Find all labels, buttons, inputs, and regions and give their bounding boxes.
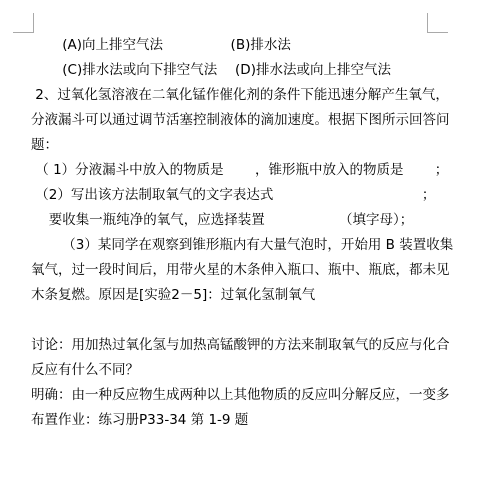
sub-question-3-line-2: 氧气，过一段时间后，用带火星的木条伸入瓶口、瓶中、瓶底，都未见 xyxy=(31,258,461,283)
homework-assignment-line: 布置作业：练习册P33-34 第 1-9 题 xyxy=(31,408,461,433)
text-boundary-corner-top-left xyxy=(13,13,34,33)
sub-question-2-line-1: （2）写出该方法制取氧气的文字表达式 ； xyxy=(31,183,461,208)
document-body: (A)向上排空气法 (B)排水法 (C)排水法或向下排空气法 (D)排水法或向上… xyxy=(31,33,461,433)
clarification-line: 明确：由一种反应物生成两种以上其他物质的反应叫分解反应，一变多 xyxy=(31,383,461,408)
sub-question-2-line-2: 要收集一瓶纯净的氧气，应选择装置 （填字母）； xyxy=(31,208,461,233)
sub-question-3-line-3: 木条复燃。原因是[实验2－5]：过氧化氢制氧气 xyxy=(31,283,461,308)
question-2-intro-line-3: 题： xyxy=(31,133,461,158)
blank-line xyxy=(31,308,461,333)
choice-options-row-cd: (C)排水法或向下排空气法 (D)排水法或向上排空气法 xyxy=(31,58,461,83)
document-page: (A)向上排空气法 (B)排水法 (C)排水法或向下排空气法 (D)排水法或向上… xyxy=(0,0,490,497)
text-boundary-corner-top-right xyxy=(427,13,448,33)
discussion-line-2: 反应有什么不同？ xyxy=(31,358,461,383)
choice-options-row-ab: (A)向上排空气法 (B)排水法 xyxy=(31,33,461,58)
sub-question-1: （ 1）分液漏斗中放入的物质是 ，锥形瓶中放入的物质是 ； xyxy=(31,158,461,183)
question-2-intro-line-2: 分液漏斗可以通过调节活塞控制液体的滴加速度。根据下图所示回答问 xyxy=(31,108,461,133)
question-2-intro-line-1: 2、过氧化氢溶液在二氧化锰作催化剂的条件下能迅速分解产生氧气， xyxy=(31,83,461,108)
discussion-line-1: 讨论：用加热过氧化氢与加热高锰酸钾的方法来制取氧气的反应与化合 xyxy=(31,333,461,358)
sub-question-3-line-1: （3）某同学在观察到锥形瓶内有大量气泡时，开始用 B 装置收集 xyxy=(31,233,461,258)
